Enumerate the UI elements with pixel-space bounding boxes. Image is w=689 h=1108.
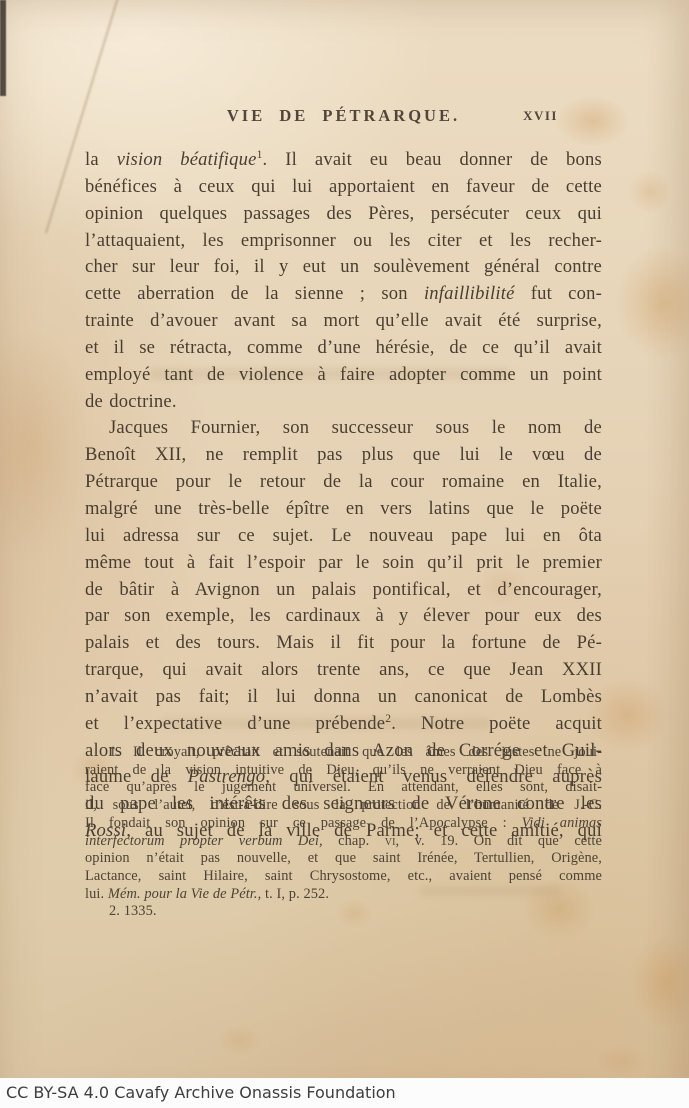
text-segment: bénéfices à ceux qui lui apportaient en …: [85, 176, 602, 197]
body-line: la vision béatifique1. Il avait eu beau …: [85, 147, 602, 174]
stain: [615, 245, 689, 360]
text-segment: employé tant de violence à faire adopter…: [85, 364, 602, 385]
footnote-line: opinion n’était pas nouvelle, et que sai…: [85, 850, 602, 868]
stain: [628, 170, 672, 214]
text-segment: trarque, qui avait alors trente ans, ce …: [85, 659, 602, 680]
body-line: de doctrine.: [85, 389, 602, 416]
footnotes: 1. Il croyait, prêchait et soutenait que…: [85, 744, 602, 921]
body-line: même tout à fait l’espoir par le soin qu…: [85, 550, 602, 577]
text-segment: trainte d’avouer avant sa mort qu’elle a…: [85, 310, 602, 331]
stain: [0, 330, 90, 560]
license-text: CC BY-SA 4.0 Cavafy Archive Onassis Foun…: [6, 1083, 396, 1102]
text-segment: Pétrarque pour le retour de la cour roma…: [85, 471, 602, 492]
footnote-line: il, sous l’autel, c’est-à-dire sous la p…: [85, 797, 602, 815]
footnote-line: Lactance, saint Hilaire, saint Chrysosto…: [85, 868, 602, 886]
text-segment: 2. 1335.: [109, 903, 157, 919]
footnote-line: 1. Il croyait, prêchait et soutenait que…: [85, 744, 602, 762]
body-line: et il se rétracta, comme d’une hérésie, …: [85, 335, 602, 362]
body-text: la vision béatifique1. Il avait eu beau …: [85, 147, 602, 845]
text-segment: il, sous l’autel, c’est-à-dire sous la p…: [85, 797, 602, 813]
body-line: malgré une très-belle épître en vers lat…: [85, 496, 602, 523]
text-segment: Il fondait son opinion sur ce passage de…: [85, 815, 522, 831]
body-line: par son exemple, les cardinaux à y éleve…: [85, 603, 602, 630]
scan-edge-artifact: [0, 0, 6, 96]
text-segment: t. I, p. 252.: [261, 886, 329, 902]
text-segment: vision béatifique: [117, 149, 257, 170]
text-segment: fut con-: [515, 283, 602, 304]
text-segment: raient de la vision intuitive de Dieu, q…: [85, 762, 602, 778]
page-number: XVII: [523, 108, 558, 124]
text-segment: malgré une très-belle épître en vers lat…: [85, 498, 602, 519]
text-segment: lui adressa sur ce sujet. Le nouveau pap…: [85, 525, 602, 546]
text-segment: . Notre poëte acquit: [391, 713, 602, 734]
stain: [595, 1045, 650, 1077]
text-segment: Vidi animas: [522, 815, 602, 831]
text-segment: 1. Il croyait, prêchait et soutenait que…: [109, 744, 602, 760]
body-line: palais et des tours. Mais il fit pour la…: [85, 630, 602, 657]
text-segment: l’attaquaient, les emprisonner ou les ci…: [85, 230, 602, 251]
body-line: cette aberration de la sienne ; son infa…: [85, 281, 602, 308]
body-line: Pétrarque pour le retour de la cour roma…: [85, 469, 602, 496]
book-page-scan: VIE DE PÉTRARQUE. XVII la vision béatifi…: [0, 0, 689, 1108]
body-line: et l’expectative d’une prébende2. Notre …: [85, 711, 602, 738]
text-segment: Mém. pour la Vie de Pétr.,: [108, 886, 261, 902]
text-segment: face qu’après le jugement universel. En …: [85, 779, 602, 795]
footnote-line: interfectorum propter verbum Dei, chap. …: [85, 833, 602, 851]
text-segment: , v. 19. On dit que cette: [396, 833, 602, 849]
text-segment: Lactance, saint Hilaire, saint Chrysosto…: [85, 868, 602, 884]
footnote-line: raient de la vision intuitive de Dieu, q…: [85, 762, 602, 780]
footnote-line: Il fondait son opinion sur ce passage de…: [85, 815, 602, 833]
text-segment: Benoît XII, ne remplit pas plus que lui …: [85, 444, 602, 465]
body-line: cher sur leur foi, il y eut un soulèveme…: [85, 254, 602, 281]
body-line: Jacques Fournier, son successeur sous le…: [85, 415, 602, 442]
body-line: opinion quelques passages des Pères, per…: [85, 201, 602, 228]
body-line: de bâtir à Avignon un palais pontifical,…: [85, 577, 602, 604]
body-line: l’attaquaient, les emprisonner ou les ci…: [85, 228, 602, 255]
text-segment: cette aberration de la sienne ; son: [85, 283, 424, 304]
text-segment: lui.: [85, 886, 108, 902]
footnote-line: 2. 1335.: [85, 903, 602, 921]
body-line: employé tant de violence à faire adopter…: [85, 362, 602, 389]
body-line: bénéfices à ceux qui lui apportaient en …: [85, 174, 602, 201]
footnote-line: lui. Mém. pour la Vie de Pétr., t. I, p.…: [85, 886, 602, 904]
text-segment: opinion n’était pas nouvelle, et que sai…: [85, 850, 602, 866]
body-line: lui adressa sur ce sujet. Le nouveau pap…: [85, 523, 602, 550]
attribution-bar: CC BY-SA 4.0 Cavafy Archive Onassis Foun…: [0, 1078, 689, 1108]
text-segment: cher sur leur foi, il y eut un soulèveme…: [85, 256, 602, 277]
text-segment: et l’expectative d’une prébende: [85, 713, 385, 734]
body-line: n’avait pas fait; il lui donna un canoni…: [85, 684, 602, 711]
body-line: Benoît XII, ne remplit pas plus que lui …: [85, 442, 602, 469]
footnote-line: face qu’après le jugement universel. En …: [85, 779, 602, 797]
text-segment: infaillibilité: [424, 283, 515, 304]
text-segment: Jacques Fournier, son successeur sous le…: [109, 417, 602, 438]
body-line: trainte d’avouer avant sa mort qu’elle a…: [85, 308, 602, 335]
text-segment: même tout à fait l’espoir par le soin qu…: [85, 552, 602, 573]
text-segment: de bâtir à Avignon un palais pontifical,…: [85, 579, 602, 600]
text-segment: . Il avait eu beau donner de bons: [263, 149, 602, 170]
text-segment: la: [85, 149, 117, 170]
text-segment: et il se rétracta, comme d’une hérésie, …: [85, 337, 602, 358]
text-segment: interfectorum propter verbum Dei,: [85, 833, 323, 849]
body-line: trarque, qui avait alors trente ans, ce …: [85, 657, 602, 684]
text-segment: palais et des tours. Mais il fit pour la…: [85, 632, 602, 653]
text-segment: de doctrine.: [85, 391, 177, 412]
text-segment: chap.: [323, 833, 385, 849]
stain: [218, 1025, 262, 1055]
text-segment: n’avait pas fait; il lui donna un canoni…: [85, 686, 602, 707]
text-segment: par son exemple, les cardinaux à y éleve…: [85, 605, 602, 626]
stain: [628, 935, 689, 1030]
page-header: VIE DE PÉTRARQUE. XVII: [85, 106, 602, 132]
text-segment: opinion quelques passages des Pères, per…: [85, 203, 602, 224]
text-segment: vi: [385, 833, 396, 849]
